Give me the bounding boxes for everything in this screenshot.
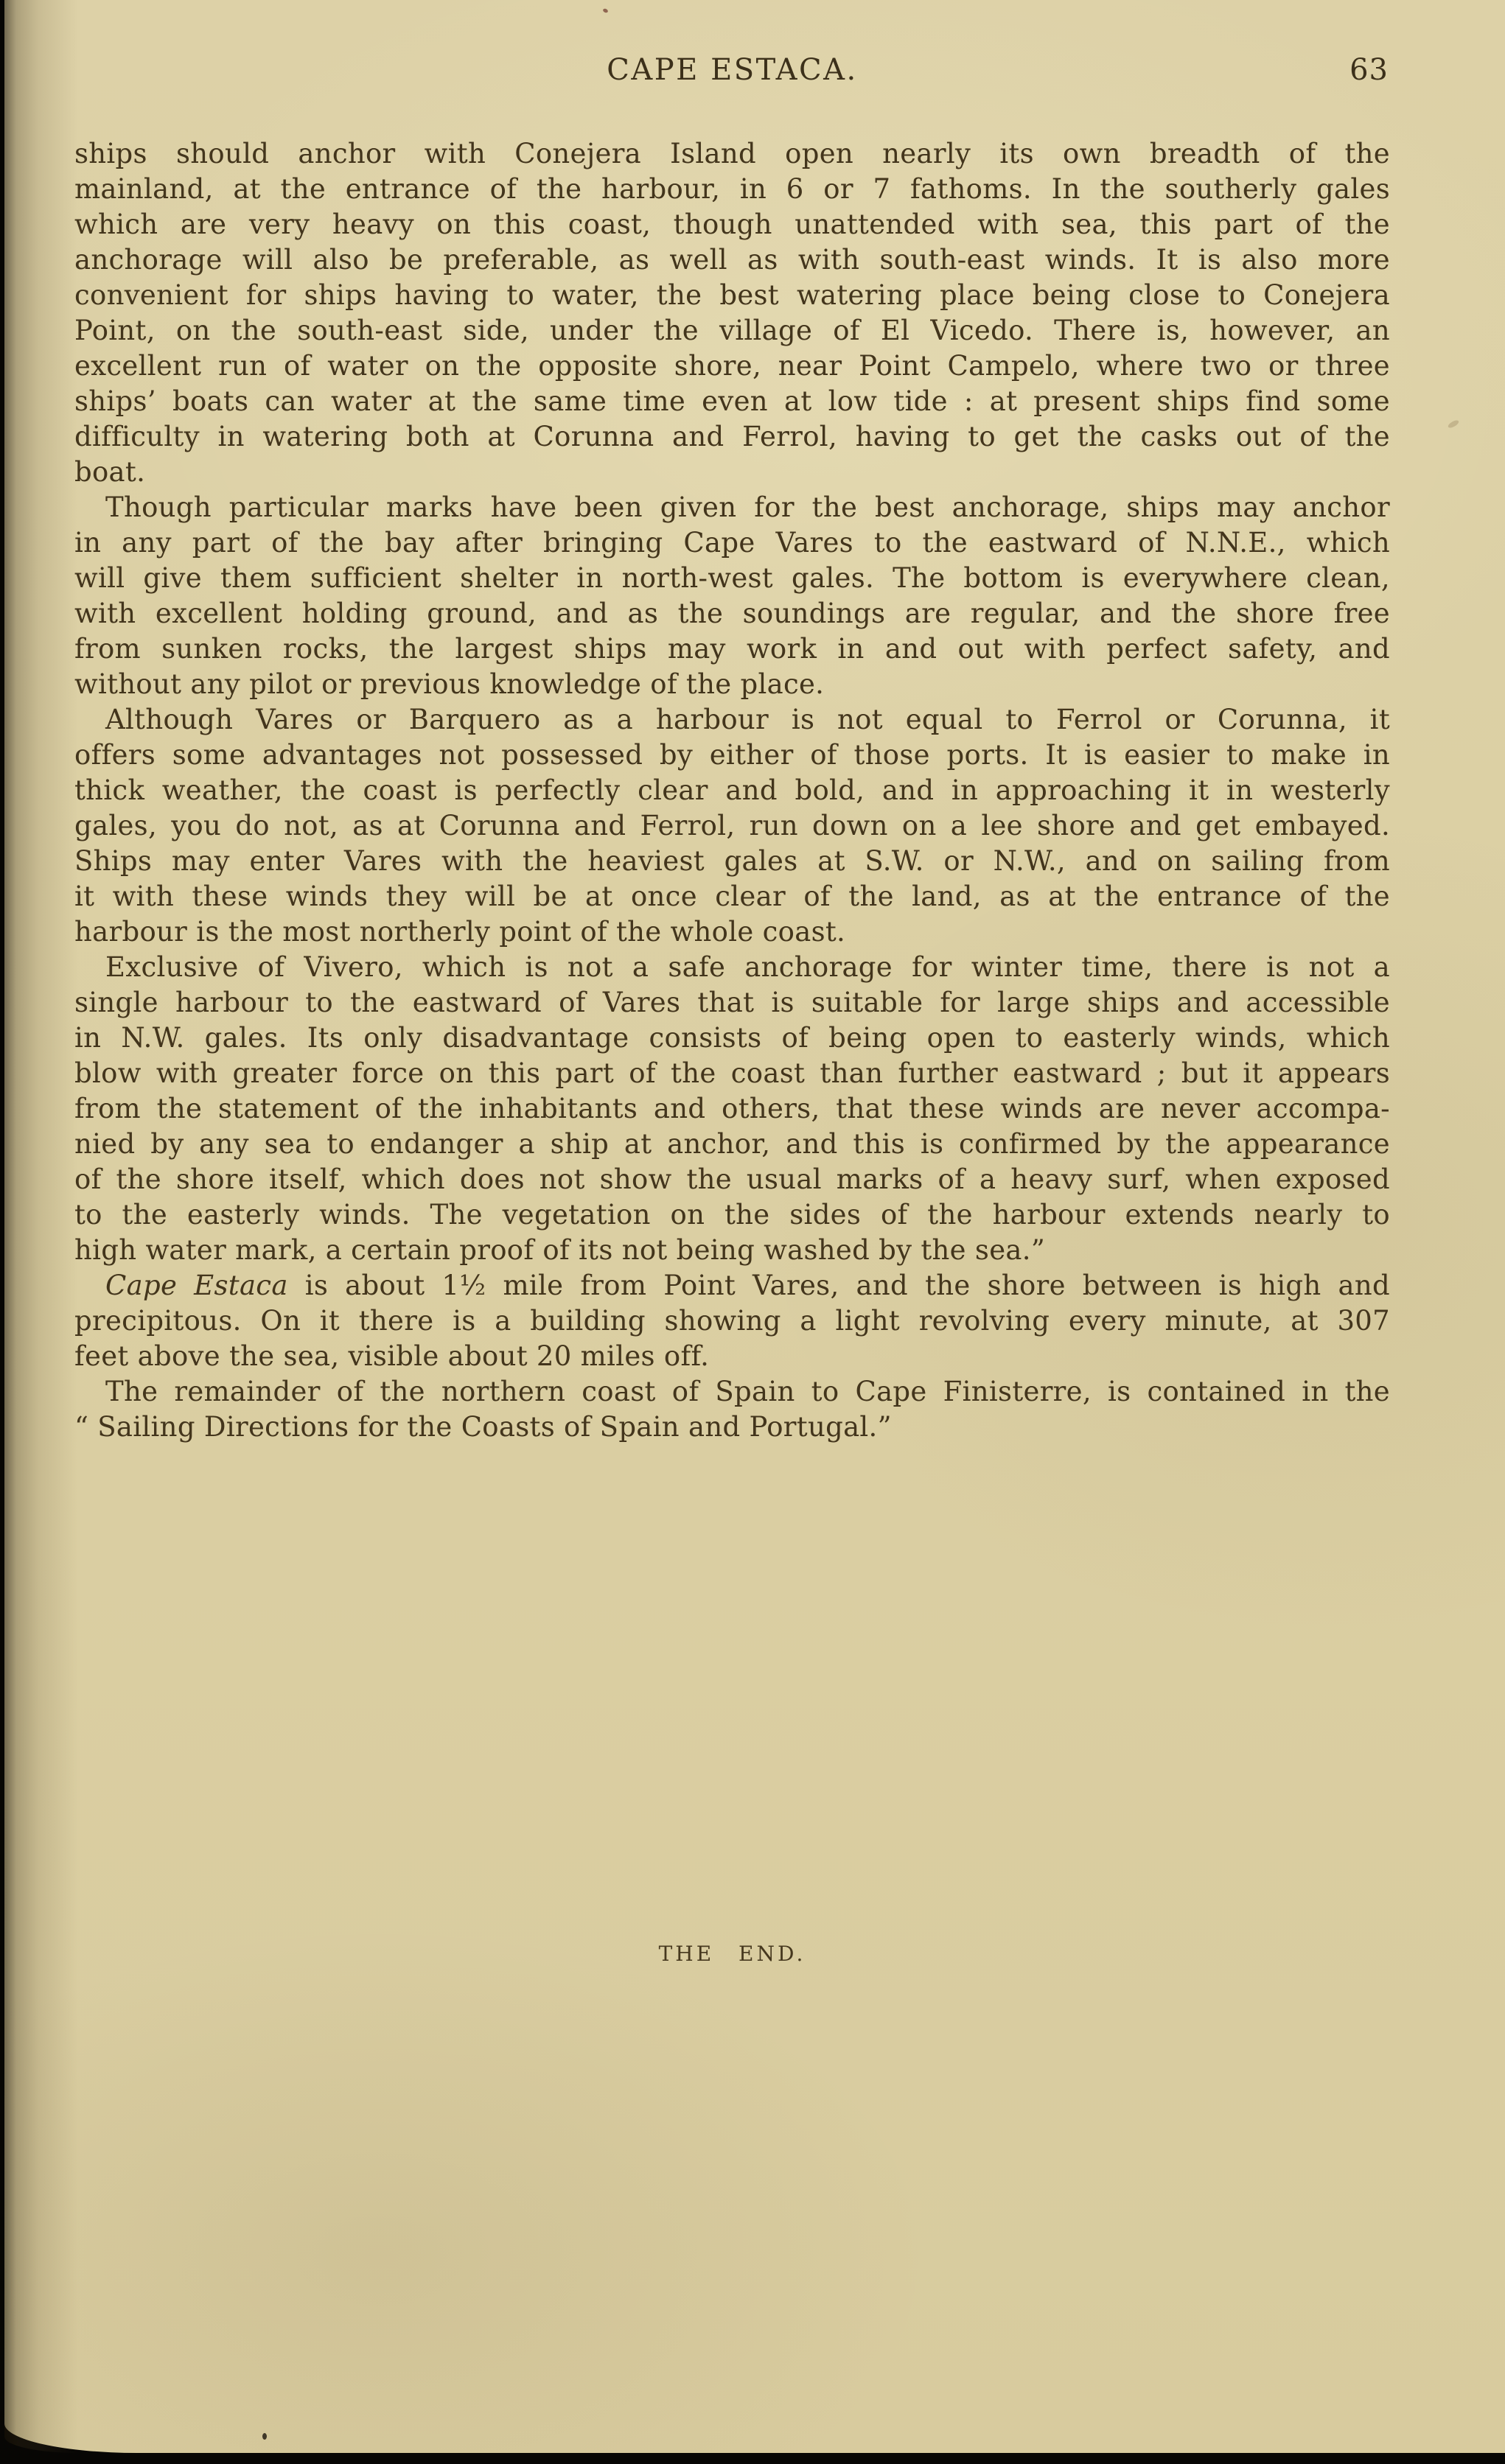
text-line: will give them sufficient shelter in nor… bbox=[74, 561, 1390, 596]
binding-gutter-shadow bbox=[4, 0, 78, 2453]
text-line: with excellent holding ground, and as th… bbox=[74, 596, 1390, 631]
text-line: thick weather, the coast is perfectly cl… bbox=[74, 773, 1390, 808]
text-line: nied by any sea to endanger a ship at an… bbox=[74, 1127, 1390, 1162]
page-number: 63 bbox=[1349, 53, 1389, 87]
text-line: blow with greater force on this part of … bbox=[74, 1056, 1390, 1091]
text-line: anchorage will also be preferable, as we… bbox=[74, 242, 1390, 278]
text-line: mainland, at the entrance of the harbour… bbox=[74, 172, 1390, 207]
plain-text: is about 1½ mile from Point Vares, and t… bbox=[288, 1270, 1390, 1301]
scanned-book-page: CAPE ESTACA. 63 ships should anchor with… bbox=[0, 0, 1505, 2464]
text-line: of the shore itself, which does not show… bbox=[74, 1162, 1390, 1197]
page-header: CAPE ESTACA. 63 bbox=[74, 53, 1390, 91]
paper-sheet: CAPE ESTACA. 63 ships should anchor with… bbox=[4, 0, 1505, 2453]
text-line: offers some advantages not possessed by … bbox=[74, 738, 1390, 773]
body-text: ships should anchor with Conejera Island… bbox=[74, 136, 1390, 1445]
text-line: The remainder of the northern coast of S… bbox=[74, 1374, 1390, 1410]
text-line: precipitous. On it there is a building s… bbox=[74, 1303, 1390, 1339]
page-content: CAPE ESTACA. 63 ships should anchor with… bbox=[74, 53, 1390, 1966]
text-line: single harbour to the eastward of Vares … bbox=[74, 985, 1390, 1021]
italic-text: Cape Estaca bbox=[105, 1270, 288, 1301]
end-mark: THE END. bbox=[74, 1942, 1390, 1966]
text-line: from sunken rocks, the largest ships may… bbox=[74, 631, 1390, 667]
text-line: ships’ boats can water at the same time … bbox=[74, 384, 1390, 419]
text-line: in any part of the bay after bringing Ca… bbox=[74, 525, 1390, 561]
text-line: Exclusive of Vivero, which is not a safe… bbox=[74, 950, 1390, 985]
ink-speck bbox=[262, 2433, 267, 2440]
text-line: which are very heavy on this coast, thou… bbox=[74, 207, 1390, 242]
text-line: Ships may enter Vares with the heaviest … bbox=[74, 844, 1390, 879]
text-line: feet above the sea, visible about 20 mil… bbox=[74, 1339, 1390, 1374]
text-line: high water mark, a certain proof of its … bbox=[74, 1233, 1390, 1268]
text-line: gales, you do not, as at Corunna and Fer… bbox=[74, 808, 1390, 844]
text-line: convenient for ships having to water, th… bbox=[74, 278, 1390, 313]
running-title: CAPE ESTACA. bbox=[607, 53, 858, 87]
text-line: Point, on the south-east side, under the… bbox=[74, 313, 1390, 349]
text-line: without any pilot or previous knowledge … bbox=[74, 667, 1390, 702]
text-line: to the easterly winds. The vegetation on… bbox=[74, 1197, 1390, 1233]
text-line: in N.W. gales. Its only disadvantage con… bbox=[74, 1021, 1390, 1056]
text-line: difficulty in watering both at Corunna a… bbox=[74, 419, 1390, 455]
text-line: ships should anchor with Conejera Island… bbox=[74, 136, 1390, 172]
text-line: Cape Estaca is about 1½ mile from Point … bbox=[74, 1268, 1390, 1303]
text-line: it with these winds they will be at once… bbox=[74, 879, 1390, 914]
text-line: from the statement of the inhabitants an… bbox=[74, 1091, 1390, 1127]
text-line: excellent run of water on the opposite s… bbox=[74, 349, 1390, 384]
text-line: “ Sailing Directions for the Coasts of S… bbox=[74, 1410, 1390, 1445]
ink-speck bbox=[602, 8, 608, 13]
text-line: harbour is the most northerly point of t… bbox=[74, 914, 1390, 950]
text-line: boat. bbox=[74, 455, 1390, 490]
text-line: Although Vares or Barquero as a harbour … bbox=[74, 702, 1390, 738]
paper-smudge bbox=[1447, 419, 1459, 429]
text-line: Though particular marks have been given … bbox=[74, 490, 1390, 525]
